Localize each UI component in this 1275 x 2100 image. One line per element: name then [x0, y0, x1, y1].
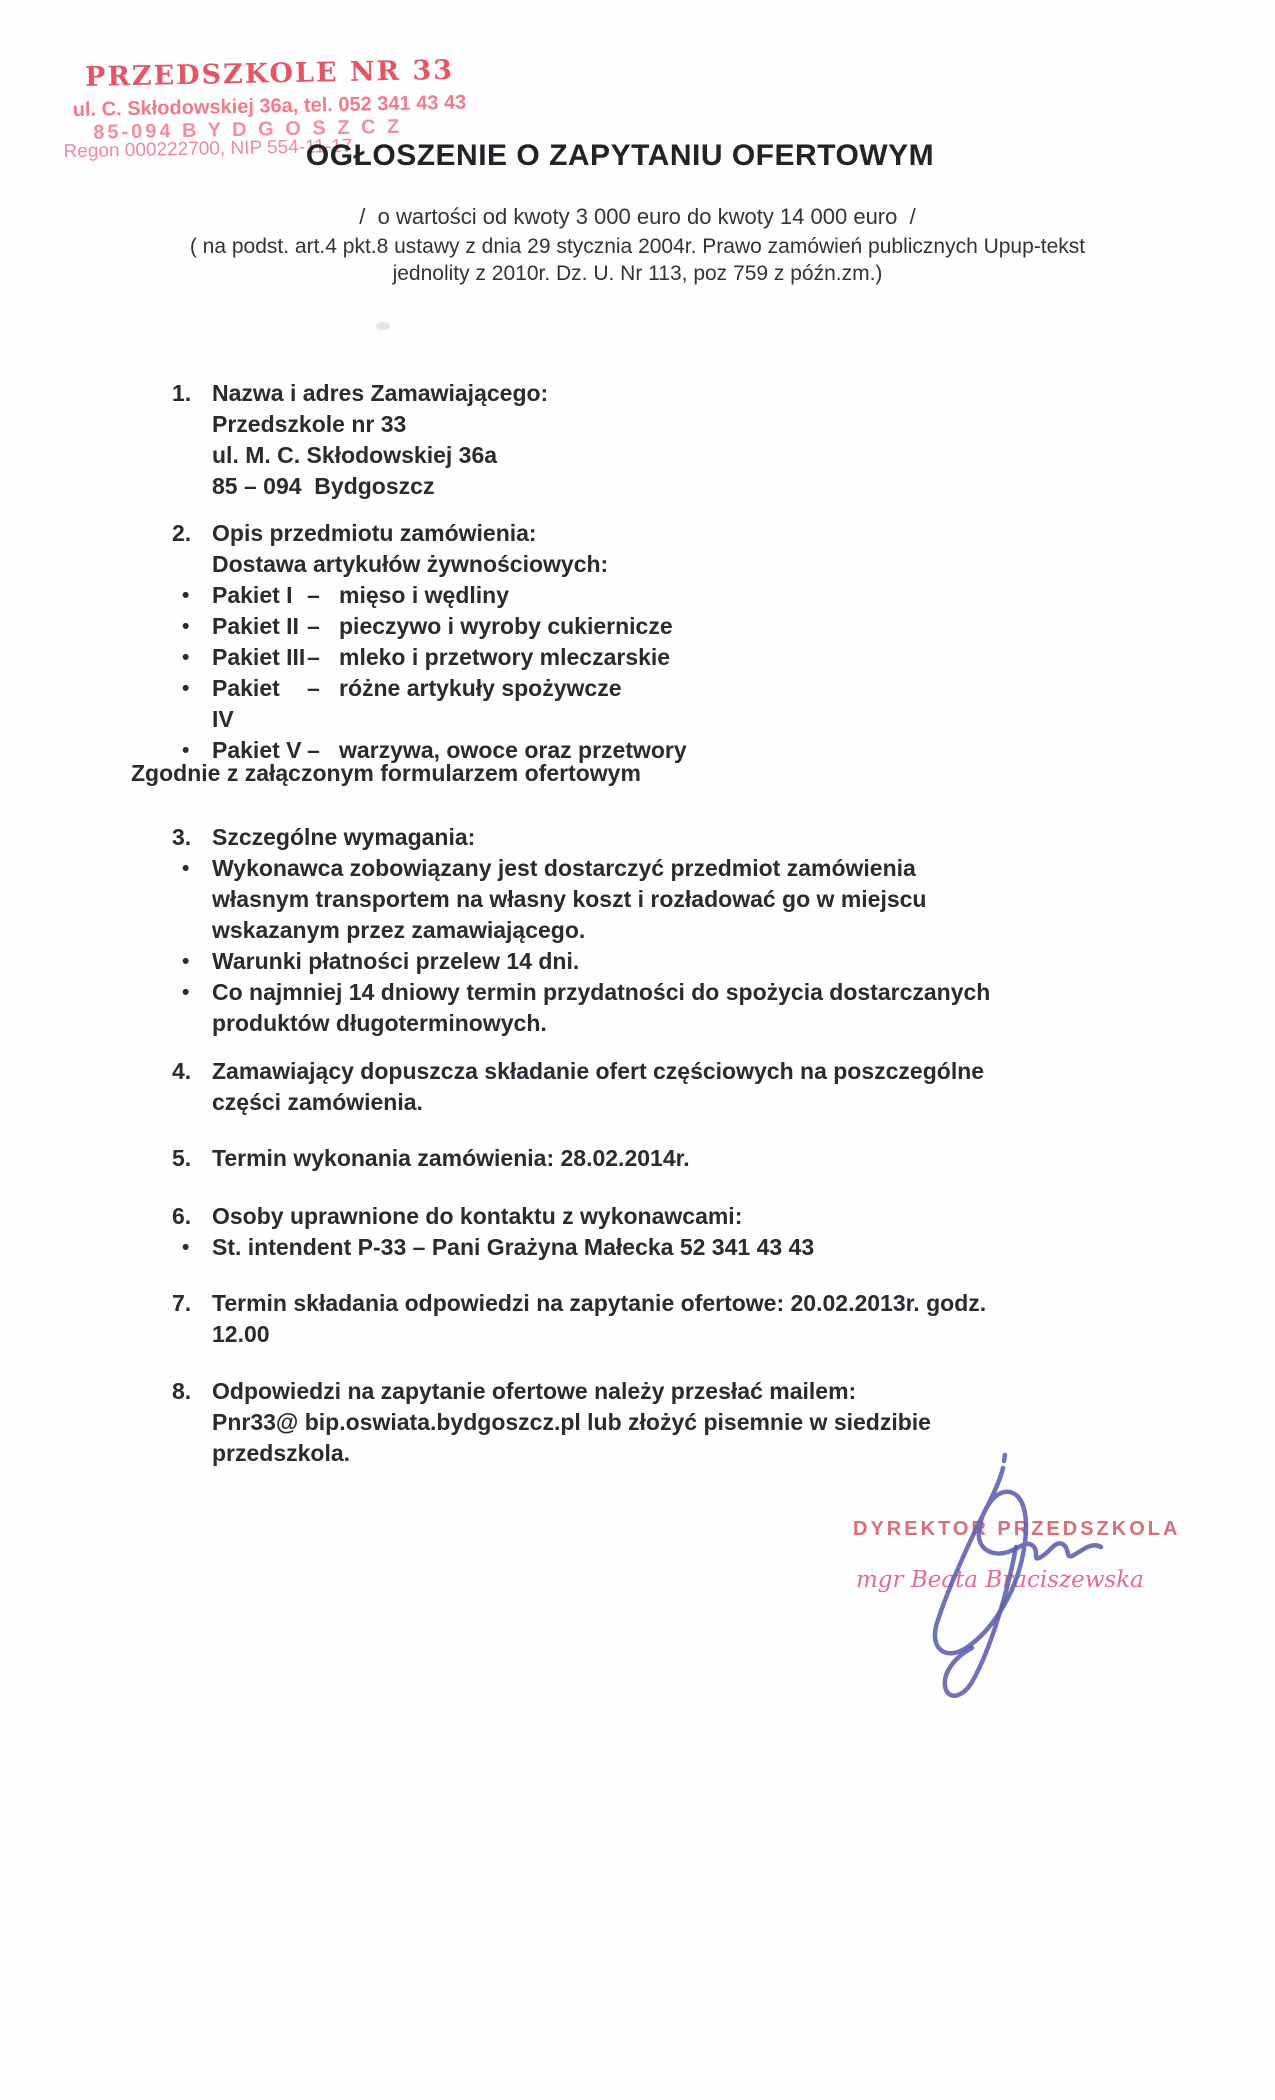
- section-number: 8.: [172, 1376, 212, 1469]
- form-attachment-note: Zgodnie z załączonym formularzem ofertow…: [131, 760, 641, 787]
- section-2-subtitle: Dostawa artykułów żywnościowych:: [212, 549, 687, 580]
- section-2-subject: 2. Opis przedmiotu zamówienia: Dostawa a…: [172, 518, 687, 766]
- requirement-line: własnym transportem na własny koszt i ro…: [212, 884, 926, 915]
- section-7-response-deadline: 7. Termin składania odpowiedzi na zapyta…: [172, 1288, 986, 1350]
- section-6-title: Osoby uprawnione do kontaktu z wykonawca…: [212, 1201, 814, 1232]
- contact-person: St. intendent P-33 – Pani Grażyna Małeck…: [212, 1232, 814, 1263]
- bullet-glyph: •: [182, 580, 212, 611]
- legal-basis-line-2: jednolity z 2010r. Dz. U. Nr 113, poz 75…: [0, 262, 1275, 286]
- section-8-line: Pnr33@ bip.oswiata.bydgoszcz.pl lub złoż…: [212, 1407, 931, 1438]
- requirement-line: Warunki płatności przelew 14 dni.: [212, 946, 579, 977]
- requirement-line: wskazanym przez zamawiającego.: [212, 915, 926, 946]
- section-1-title: Nazwa i adres Zamawiającego:: [212, 378, 548, 409]
- buyer-street: ul. M. C. Skłodowskiej 36a: [212, 440, 548, 471]
- handwritten-signature: [0, 0, 1275, 2100]
- contact-item: • St. intendent P-33 – Pani Grażyna Małe…: [182, 1232, 814, 1263]
- section-7-line: 12.00: [212, 1319, 986, 1350]
- pakiet-row: • Pakiet III – mleko i przetwory mleczar…: [182, 642, 687, 673]
- section-4-line: Zamawiający dopuszcza składanie ofert cz…: [212, 1056, 984, 1087]
- section-number: 7.: [172, 1288, 212, 1350]
- pakiet-row: • Pakiet IV – różne artykuły spożywcze: [182, 673, 687, 735]
- document-title: OGŁOSZENIE O ZAPYTANIU OFERTOWYM: [240, 139, 1000, 173]
- dash-glyph: –: [307, 611, 339, 642]
- dash-glyph: –: [307, 580, 339, 611]
- legal-basis-line-1: ( na podst. art.4 pkt.8 ustawy z dnia 29…: [0, 235, 1275, 259]
- director-role-stamp: DYREKTOR PRZEDSZKOLA: [853, 1518, 1180, 1541]
- director-name-stamp: mgr Beata Braciszewska: [856, 1567, 1144, 1593]
- section-5-deadline: 5. Termin wykonania zamówienia: 28.02.20…: [172, 1143, 690, 1174]
- section-number: 4.: [172, 1056, 212, 1118]
- pakiet-desc: różne artykuły spożywcze: [339, 673, 622, 735]
- section-4-partial-offers: 4. Zamawiający dopuszcza składanie ofert…: [172, 1056, 984, 1118]
- requirement-line: Co najmniej 14 dniowy termin przydatnośc…: [212, 977, 990, 1008]
- section-8-line: przedszkola.: [212, 1438, 931, 1469]
- section-number: 1.: [172, 378, 212, 502]
- section-4-line: części zamówienia.: [212, 1087, 984, 1118]
- signature-stroke-main: [935, 1468, 1101, 1653]
- buyer-name: Przedszkole nr 33: [212, 409, 548, 440]
- pakiet-row: • Pakiet II – pieczywo i wyroby cukierni…: [182, 611, 687, 642]
- bullet-glyph: •: [182, 977, 212, 1039]
- signature-stroke-tick: [1004, 1455, 1005, 1461]
- pakiet-label: Pakiet III: [212, 642, 307, 673]
- section-7-line: Termin składania odpowiedzi na zapytanie…: [212, 1288, 986, 1319]
- scan-artifact: [376, 322, 390, 330]
- requirement-line: Wykonawca zobowiązany jest dostarczyć pr…: [212, 853, 926, 884]
- value-range-line: / o wartości od kwoty 3 000 euro do kwot…: [0, 204, 1275, 230]
- pakiet-desc: mleko i przetwory mleczarskie: [339, 642, 670, 673]
- stamp-institution-name: PRZEDSZKOLE NR 33: [85, 55, 454, 93]
- section-8-submission: 8. Odpowiedzi na zapytanie ofertowe nale…: [172, 1376, 931, 1469]
- bullet-glyph: •: [182, 1232, 212, 1263]
- bullet-glyph: •: [182, 642, 212, 673]
- section-6-contacts: 6. Osoby uprawnione do kontaktu z wykona…: [172, 1201, 814, 1263]
- section-5-line: Termin wykonania zamówienia: 28.02.2014r…: [212, 1143, 690, 1174]
- pakiet-label: Pakiet II: [212, 611, 307, 642]
- dash-glyph: –: [307, 642, 339, 673]
- section-number: 5.: [172, 1143, 212, 1174]
- pakiet-label: Pakiet IV: [212, 673, 307, 735]
- pakiet-row: • Pakiet I – mięso i wędliny: [182, 580, 687, 611]
- bullet-glyph: •: [182, 946, 212, 977]
- bullet-glyph: •: [182, 853, 212, 946]
- pakiet-desc: mięso i wędliny: [339, 580, 509, 611]
- section-8-line: Odpowiedzi na zapytanie ofertowe należy …: [212, 1376, 931, 1407]
- bullet-glyph: •: [182, 673, 212, 735]
- section-2-title: Opis przedmiotu zamówienia:: [212, 518, 687, 549]
- section-3-title: Szczególne wymagania:: [212, 822, 990, 853]
- requirement-item: • Co najmniej 14 dniowy termin przydatno…: [182, 977, 990, 1039]
- section-3-requirements: 3. Szczególne wymagania: • Wykonawca zob…: [172, 822, 990, 1039]
- pakiet-desc: pieczywo i wyroby cukiernicze: [339, 611, 673, 642]
- requirement-item: • Warunki płatności przelew 14 dni.: [182, 946, 990, 977]
- bullet-glyph: •: [182, 611, 212, 642]
- buyer-city: 85 – 094 Bydgoszcz: [212, 471, 548, 502]
- pakiet-label: Pakiet I: [212, 580, 307, 611]
- requirement-line: produktów długoterminowych.: [212, 1008, 990, 1039]
- dash-glyph: –: [307, 673, 339, 735]
- section-1-buyer: 1. Nazwa i adres Zamawiającego: Przedszk…: [172, 378, 548, 502]
- scanned-document-page: PRZEDSZKOLE NR 33 ul. C. Skłodowskiej 36…: [0, 0, 1275, 2100]
- requirement-item: • Wykonawca zobowiązany jest dostarczyć …: [182, 853, 990, 946]
